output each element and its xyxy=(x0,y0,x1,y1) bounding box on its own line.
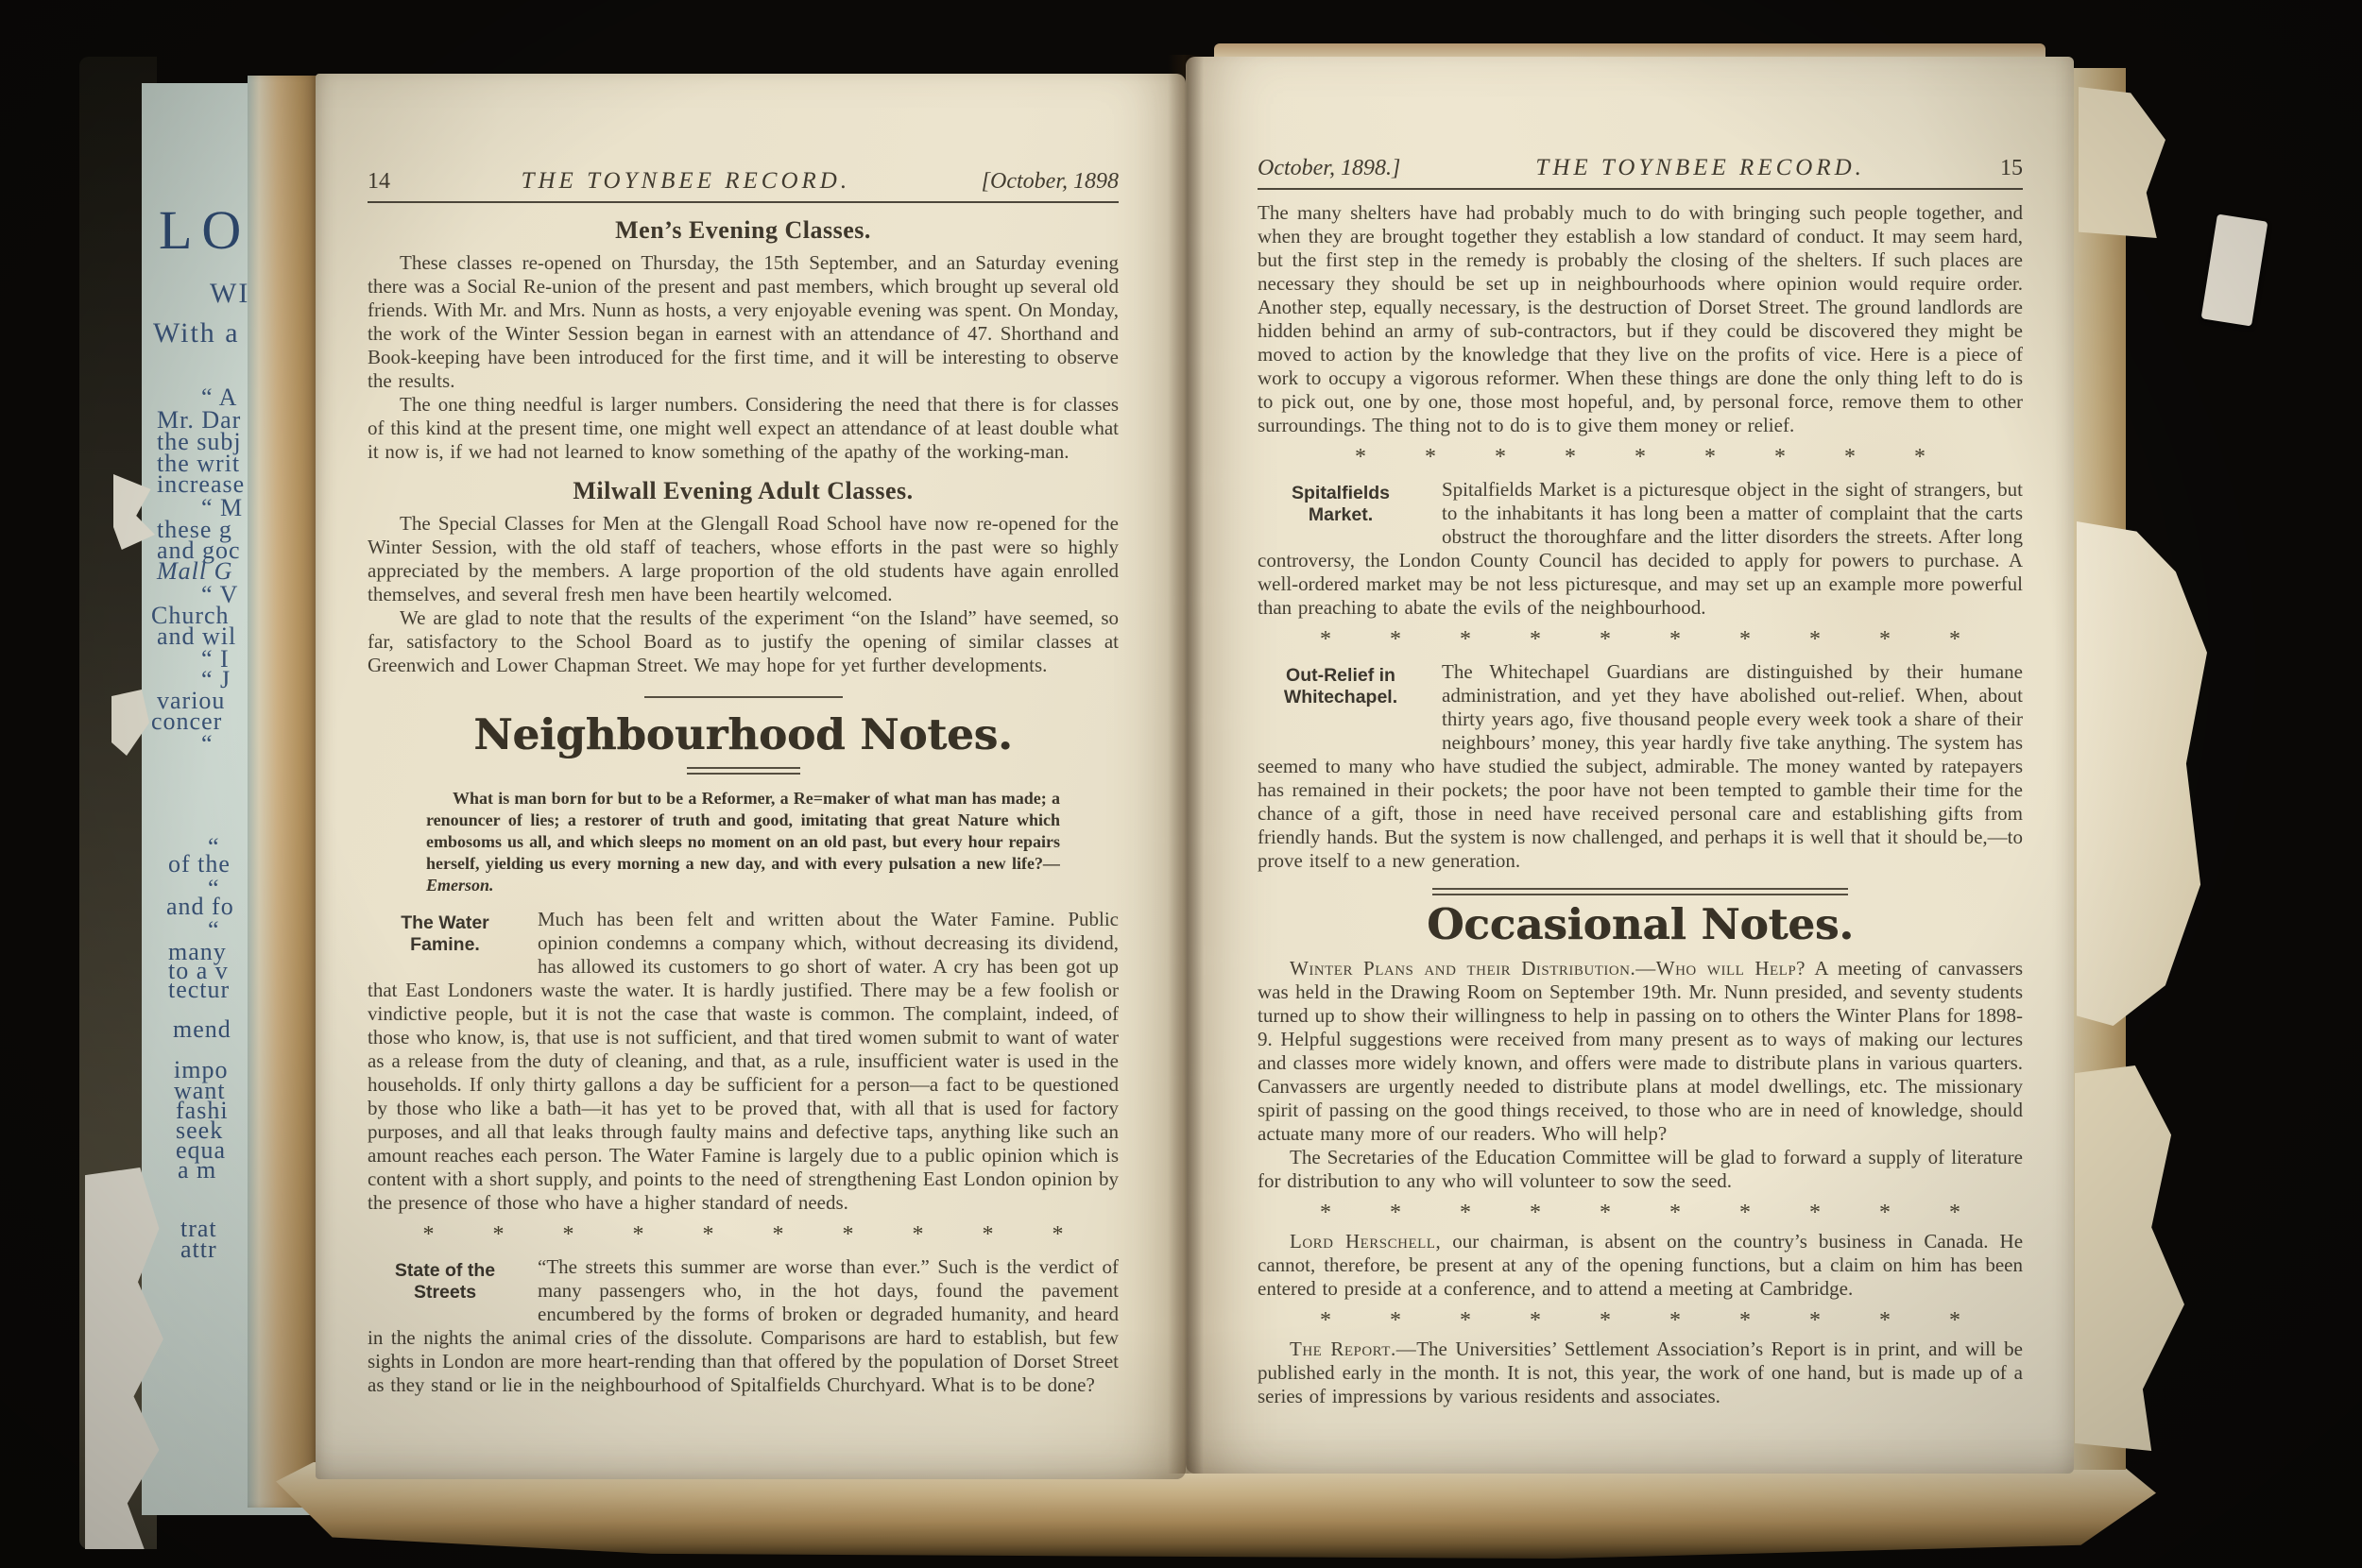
page-14: 14 THE TOYNBEE RECORD. [October, 1898 Me… xyxy=(316,74,1186,1479)
underlay-text-fragment: “ xyxy=(201,730,214,758)
torn-page-flap-middle xyxy=(2077,521,2207,1026)
paragraph-lead-smallcaps: Winter Plans and their Distribution.—Who… xyxy=(1290,957,1806,980)
page-number: 15 xyxy=(2000,156,2023,181)
section-divider-rule xyxy=(644,696,843,698)
sidenote-out-relief: Out-Relief in Whitechapel. xyxy=(1267,665,1414,708)
heading-milwall-classes: Milwall Evening Adult Classes. xyxy=(368,477,1119,505)
note-spitalfields-market: Spitalfields Market. Spitalfields Market… xyxy=(1258,478,2023,620)
paragraph: We are glad to note that the results of … xyxy=(368,606,1119,677)
page-15: October, 1898.] THE TOYNBEE RECORD. 15 T… xyxy=(1186,57,2074,1474)
double-rule xyxy=(687,767,800,775)
heading-occasional-notes: Occasional Notes. xyxy=(1258,899,2023,949)
underlay-text-fragment: a m xyxy=(178,1156,216,1185)
asterisk-separator: * * * * * * * * * xyxy=(1258,445,2023,470)
underlay-text-fragment: and fo xyxy=(166,893,234,921)
double-rule xyxy=(1432,888,1848,895)
page-edge-stack-left xyxy=(248,76,319,1508)
underlay-text-fragment: attr xyxy=(180,1236,217,1264)
paragraph: The Report.—The Universities’ Settlement… xyxy=(1258,1338,2023,1408)
heading-neighbourhood-notes: Neighbourhood Notes. xyxy=(368,709,1119,759)
note-out-relief: Out-Relief in Whitechapel. The Whitechap… xyxy=(1258,660,2023,873)
paper-tab-right xyxy=(2201,213,2268,326)
underlay-text-fragment: of the xyxy=(168,850,231,878)
paragraph: The one thing needful is larger numbers.… xyxy=(368,393,1119,464)
asterisk-separator: * * * * * * * * * * xyxy=(1258,1308,2023,1334)
note-water-famine: The Water Famine. Much has been felt and… xyxy=(368,908,1119,1215)
paragraph: The many shelters have had probably much… xyxy=(1258,201,2023,437)
page-number: 14 xyxy=(368,169,390,195)
paragraph: Winter Plans and their Distribution.—Who… xyxy=(1258,957,2023,1146)
note-state-of-streets: State of the Streets “The streets this s… xyxy=(368,1255,1119,1397)
epigraph-text: What is man born for but to be a Reforme… xyxy=(426,789,1060,873)
asterisk-separator: * * * * * * * * * * xyxy=(1258,1201,2023,1226)
asterisk-separator: * * * * * * * * * * xyxy=(1258,627,2023,653)
underlay-text-fragment: tectur xyxy=(168,976,230,1004)
page-14-content: 14 THE TOYNBEE RECORD. [October, 1898 Me… xyxy=(368,168,1119,1397)
torn-page-flap-top xyxy=(2079,87,2165,238)
asterisk-separator: * * * * * * * * * * xyxy=(368,1222,1119,1248)
issue-date: [October, 1898 xyxy=(982,169,1119,195)
issue-date: October, 1898.] xyxy=(1258,156,1400,181)
heading-mens-evening-classes: Men’s Evening Classes. xyxy=(368,216,1119,245)
paragraph-lead-smallcaps: The Report.— xyxy=(1290,1338,1416,1360)
open-book-photo: LON WIT With a M “ A Mr. Dar the subj th… xyxy=(0,0,2362,1568)
underlay-text-fragment: mend xyxy=(173,1015,231,1044)
paragraph: The Special Classes for Men at the Gleng… xyxy=(368,512,1119,606)
page-header: October, 1898.] THE TOYNBEE RECORD. 15 xyxy=(1258,155,2023,190)
torn-page-flap-bottom xyxy=(2075,1065,2184,1451)
sidenote-spitalfields-market: Spitalfields Market. xyxy=(1267,483,1414,526)
epigraph: What is man born for but to be a Reforme… xyxy=(426,788,1060,896)
paragraph: The Secretaries of the Education Committ… xyxy=(1258,1146,2023,1193)
sidenote-water-famine: The Water Famine. xyxy=(381,912,509,956)
paragraph: Lord Herschell, our chairman, is absent … xyxy=(1258,1230,2023,1301)
paragraph-lead-smallcaps: Lord Herschell, xyxy=(1290,1230,1441,1253)
page-15-content: October, 1898.] THE TOYNBEE RECORD. 15 T… xyxy=(1258,155,2023,1408)
paragraph-text: A meeting of canvassers was held in the … xyxy=(1258,957,2023,1145)
paragraph: These classes re-opened on Thursday, the… xyxy=(368,251,1119,393)
sidenote-state-of-streets: State of the Streets xyxy=(381,1260,509,1304)
journal-title: THE TOYNBEE RECORD. xyxy=(1535,155,1864,181)
page-header: 14 THE TOYNBEE RECORD. [October, 1898 xyxy=(368,168,1119,203)
journal-title: THE TOYNBEE RECORD. xyxy=(522,168,850,195)
